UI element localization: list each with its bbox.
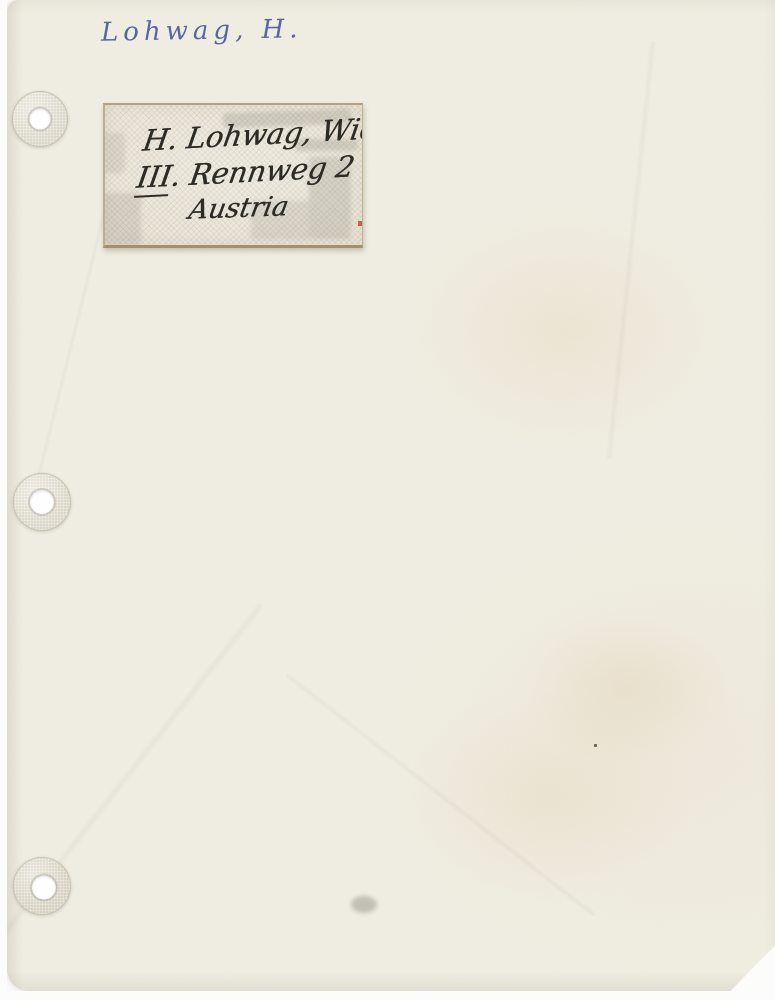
punch-hole-bottom [32,875,56,899]
smudge-speck [351,896,377,913]
brown-speck [594,744,597,747]
paper-crease [31,204,109,497]
paper-crease [605,41,657,460]
scanner-background: Lohwag, H. H. Lohwag, Wien III. Rennweg … [0,0,775,1000]
hole-punch-reinforcement-top [12,91,68,147]
hole-punch-reinforcement-bottom [13,857,71,915]
paper-crease [285,672,597,918]
ink-smudge [103,133,125,173]
pasted-address-clipping: H. Lohwag, Wien III. Rennweg 2 Austria [103,103,363,248]
hole-punch-reinforcement-middle [13,473,71,531]
street-and-number: . Rennweg 2 [169,149,357,193]
handwritten-annotation: Lohwag, H. [101,14,303,48]
ink-smudge [103,193,141,245]
punch-hole-top [30,109,51,130]
red-mark [358,221,362,226]
address-line-country: Austria [186,191,291,226]
punch-hole-middle [30,490,54,514]
album-page: Lohwag, H. H. Lohwag, Wien III. Rennweg … [7,0,775,991]
